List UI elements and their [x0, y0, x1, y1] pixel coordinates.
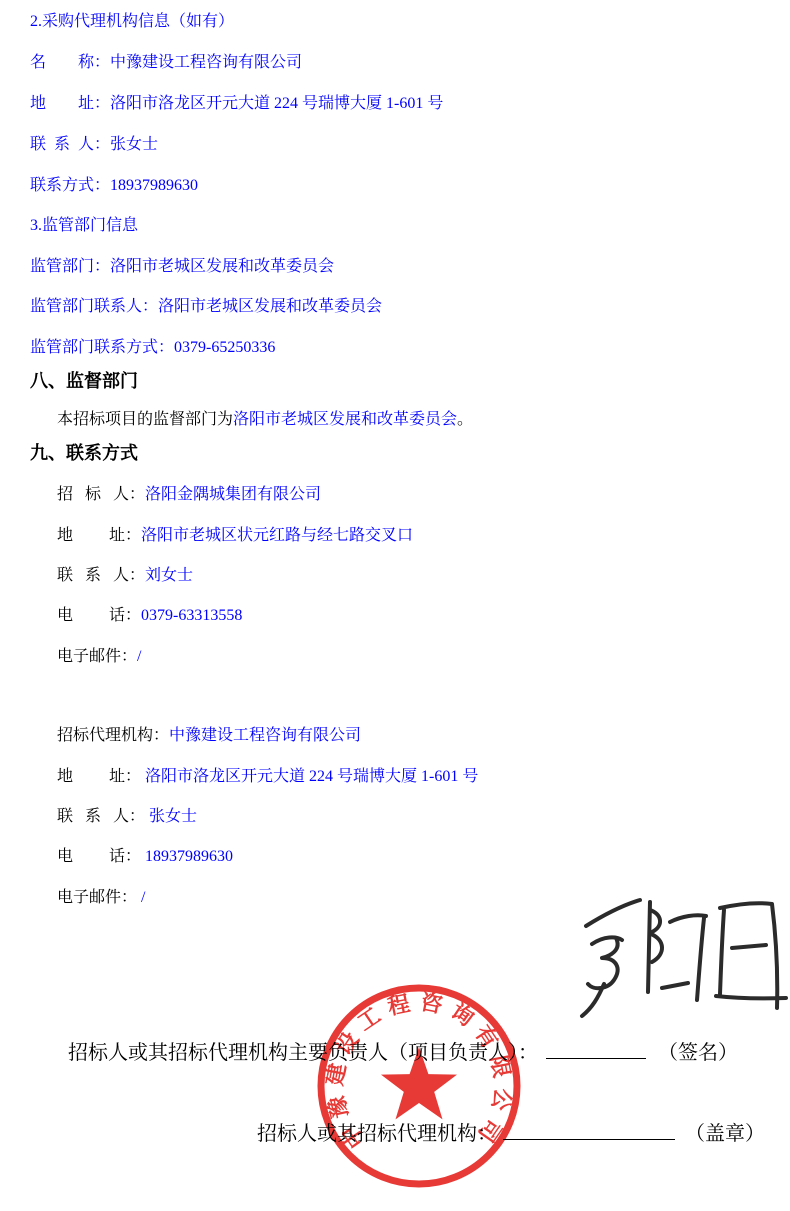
field-value: / — [137, 648, 141, 665]
field-label: 监管部门联系方式： — [30, 339, 174, 356]
agency-contact-person-row: 联 系 人：张女士 — [30, 135, 158, 155]
tenderer-email-row: 电子邮件：/ — [57, 647, 141, 667]
field-value: 中豫建设工程咨询有限公司 — [110, 54, 302, 71]
field-label: 联 系 人： — [30, 136, 110, 153]
regulator-info-title: 3.监管部门信息 — [30, 216, 138, 236]
regulator-dept-row: 监管部门：洛阳市老城区发展和改革委员会 — [30, 257, 334, 277]
agency-info-title: 2.采购代理机构信息（如有） — [30, 12, 234, 32]
field-label: 招 标 人： — [57, 486, 145, 503]
sign-line-suffix: （签名） — [658, 1042, 738, 1064]
paragraph-period: 。 — [457, 411, 473, 428]
field-value: 洛阳市洛龙区开元大道 224 号瑞博大厦 1-601 号 — [141, 768, 478, 785]
field-value: 18937989630 — [110, 177, 198, 194]
field-label: 招标代理机构： — [57, 727, 169, 744]
supervision-paragraph: 本招标项目的监督部门为洛阳市老城区发展和改革委员会。 — [57, 410, 473, 430]
field-label: 监管部门： — [30, 258, 110, 275]
agent-email-row: 电子邮件： / — [57, 888, 145, 908]
agency-address-row: 地 址：洛阳市洛龙区开元大道 224 号瑞博大厦 1-601 号 — [30, 94, 443, 114]
signature-blank-line — [546, 1039, 646, 1059]
field-value: 18937989630 — [141, 848, 233, 865]
paragraph-text: 本招标项目的监督部门为 — [57, 411, 233, 428]
supervision-dept-name: 洛阳市老城区发展和改革委员会 — [233, 411, 457, 428]
agency-contact-phone-row: 联系方式：18937989630 — [30, 176, 198, 196]
tenderer-phone-row: 电 话：0379-63313558 — [57, 606, 242, 626]
tenderer-name-row: 招 标 人：洛阳金隅城集团有限公司 — [57, 485, 321, 505]
seal-blank-line — [503, 1120, 675, 1140]
agent-name-row: 招标代理机构：中豫建设工程咨询有限公司 — [57, 726, 361, 746]
agent-contact-person-row: 联 系 人： 张女士 — [57, 807, 197, 827]
field-value: 洛阳金隅城集团有限公司 — [145, 486, 321, 503]
seal-star-icon — [381, 1047, 457, 1119]
field-label: 联系方式： — [30, 177, 110, 194]
regulator-contact-row: 监管部门联系人：洛阳市老城区发展和改革委员会 — [30, 297, 382, 317]
contacts-heading: 九、联系方式 — [30, 443, 138, 463]
field-label: 电 话： — [57, 607, 141, 624]
field-label: 联 系 人： — [57, 567, 145, 584]
field-label: 联 系 人： — [57, 808, 145, 825]
field-label: 地 址： — [57, 527, 141, 544]
agent-phone-row: 电 话： 18937989630 — [57, 847, 233, 867]
supervision-heading: 八、监督部门 — [30, 371, 138, 391]
handwritten-signature — [558, 892, 790, 1028]
field-value: 0379-65250336 — [174, 339, 275, 356]
field-label: 电子邮件： — [57, 889, 137, 906]
field-label: 名 称： — [30, 54, 110, 71]
field-value: 洛阳市老城区状元红路与经七路交叉口 — [141, 527, 413, 544]
field-value: 刘女士 — [145, 567, 193, 584]
field-value: / — [137, 889, 145, 906]
field-label: 电 话： — [57, 848, 141, 865]
field-value: 洛阳市老城区发展和改革委员会 — [110, 258, 334, 275]
tender-document-page: 2.采购代理机构信息（如有） 名 称：中豫建设工程咨询有限公司 地 址：洛阳市洛… — [0, 0, 790, 1211]
company-seal-stamp: 中豫建设工程咨询有限公司 — [314, 981, 524, 1191]
agent-address-row: 地 址： 洛阳市洛龙区开元大道 224 号瑞博大厦 1-601 号 — [57, 767, 478, 787]
field-value: 张女士 — [145, 808, 197, 825]
regulator-phone-row: 监管部门联系方式：0379-65250336 — [30, 338, 275, 358]
field-value: 洛阳市洛龙区开元大道 224 号瑞博大厦 1-601 号 — [110, 95, 443, 112]
seal-line-suffix: （盖章） — [685, 1123, 765, 1145]
field-value: 洛阳市老城区发展和改革委员会 — [158, 298, 382, 315]
field-value: 0379-63313558 — [141, 607, 242, 624]
field-value: 中豫建设工程咨询有限公司 — [169, 727, 361, 744]
field-value: 张女士 — [110, 136, 158, 153]
field-label: 地 址： — [30, 95, 110, 112]
agency-name-row: 名 称：中豫建设工程咨询有限公司 — [30, 53, 302, 73]
field-label: 监管部门联系人： — [30, 298, 158, 315]
field-label: 电子邮件： — [57, 648, 137, 665]
tenderer-contact-person-row: 联 系 人：刘女士 — [57, 566, 193, 586]
tenderer-address-row: 地 址：洛阳市老城区状元红路与经七路交叉口 — [57, 526, 413, 546]
field-label: 地 址： — [57, 768, 141, 785]
